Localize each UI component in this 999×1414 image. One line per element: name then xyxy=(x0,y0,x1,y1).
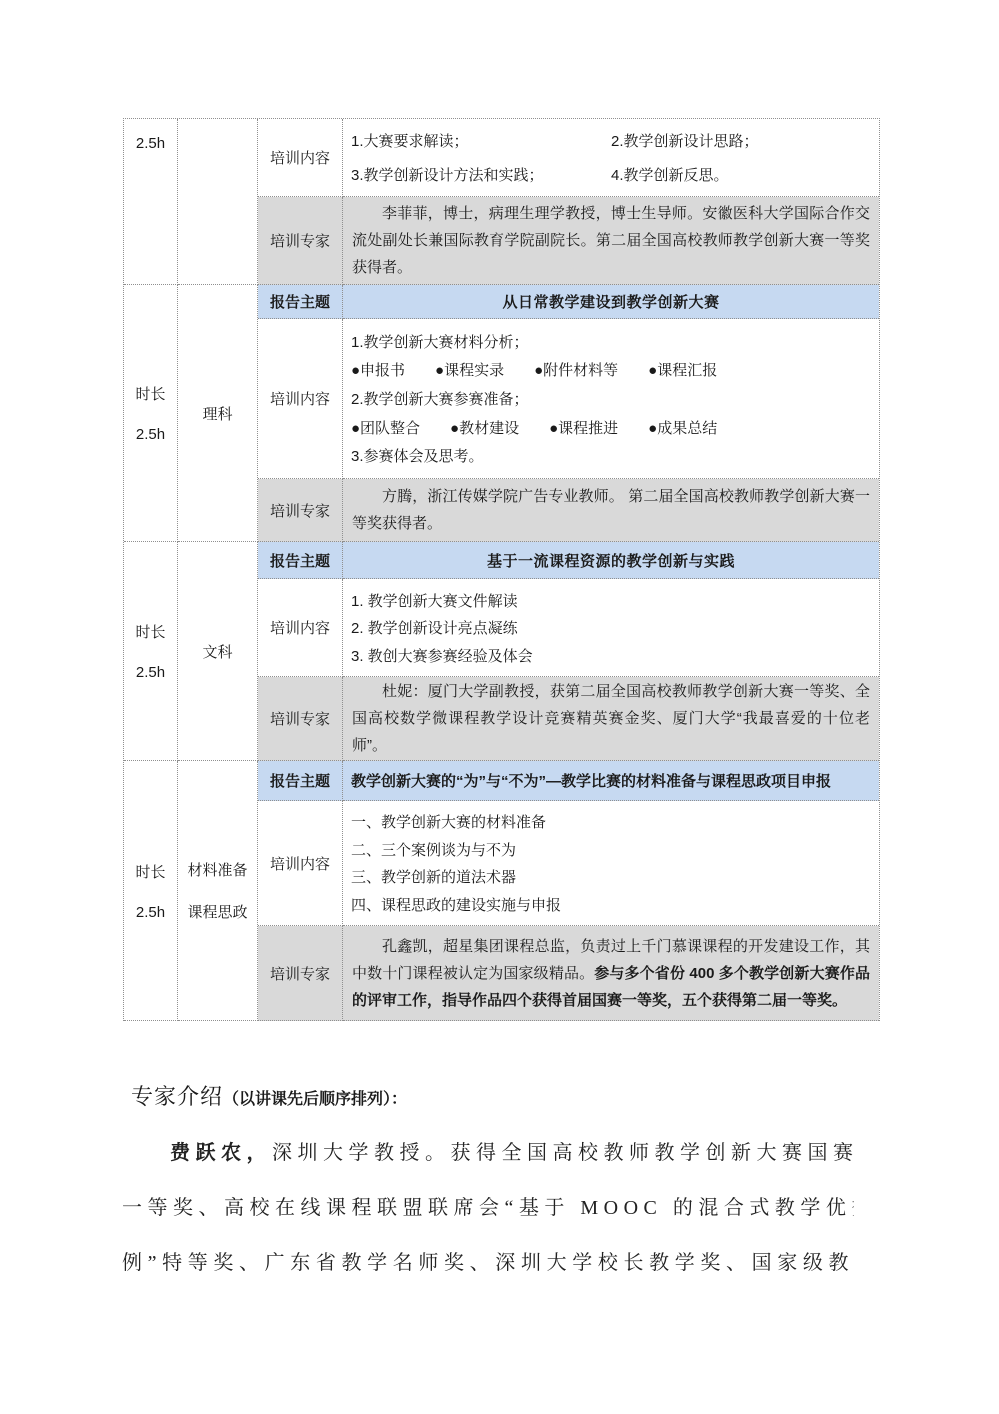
expert-bio: 方腾，浙江传媒学院广告专业教师。 第二届全国高校教师教学创新大赛一等奖获得者。 xyxy=(352,483,870,537)
expert-cell: 杜妮：厦门大学副教授，获第二届全国高校教师教学创新大赛一等奖、全国高校数学微课程… xyxy=(343,677,879,761)
duration-cell: 时长 2.5h xyxy=(124,761,178,1021)
duration-cell: 时长 2.5h xyxy=(124,285,178,542)
row-label-cell: 培训专家 xyxy=(258,197,343,285)
document-page: 2.5h 培训内容 1.大赛要求解读； 2.教学创新设计思路； 3.教学创新设计… xyxy=(0,0,999,1414)
content-line: 1.教学创新大赛材料分析； xyxy=(351,331,871,352)
expert-intro-paragraph: 费跃农，深圳大学教授。获得全国高校教师教学创新大赛国赛 一等奖、高校在线课程联盟… xyxy=(122,1126,854,1291)
topic-title: 基于一流课程资源的教学创新与实践 xyxy=(487,550,735,571)
duration-label: 时长 xyxy=(135,383,165,404)
row-label-cell: 培训专家 xyxy=(258,926,343,1021)
training-schedule-table: 2.5h 培训内容 1.大赛要求解读； 2.教学创新设计思路； 3.教学创新设计… xyxy=(123,118,880,1021)
content-line: 三、教学创新的道法术器 xyxy=(351,866,871,887)
row-label: 培训专家 xyxy=(270,708,330,729)
row-label: 培训内容 xyxy=(270,853,330,874)
category-cell: 材料准备 课程思政 xyxy=(178,761,258,1021)
row-label: 报告主题 xyxy=(270,291,330,312)
content-cell: 1. 教学创新大赛文件解读 2. 教学创新设计亮点凝练 3. 教创大赛参赛经验及… xyxy=(343,579,879,677)
expert-bio: 孔鑫凯，超星集团课程总监，负责过上千门慕课课程的开发建设工作，其中数十门课程被认… xyxy=(352,933,870,1014)
topic-cell: 教学创新大赛的“为”与“不为”—教学比赛的材料准备与课程思政项目申报 ¤ xyxy=(343,761,879,801)
content-cell: 1.教学创新大赛材料分析； ●申报书 ●课程实录 ●附件材料等 ●课程汇报 2.… xyxy=(343,319,879,479)
category-label: 课程思政 xyxy=(187,901,247,922)
content-two-column-list: 1.大赛要求解读； 2.教学创新设计思路； 3.教学创新设计方法和实践； 4.教… xyxy=(351,123,871,192)
heading-main-text: 专家介绍 xyxy=(131,1084,223,1109)
expert-cell: 李菲菲，博士，病理生理学教授，博士生导师。安徽医科大学国际合作交流处副处长兼国际… xyxy=(343,197,879,285)
content-line: 一、教学创新大赛的材料准备 xyxy=(351,811,871,832)
paragraph-text: 深圳大学教授。获得全国高校教师教学创新大赛国赛 xyxy=(272,1142,854,1164)
content-item: 1.大赛要求解读； xyxy=(351,130,611,151)
content-line: 3.参赛体会及思考。 xyxy=(351,445,871,466)
row-label: 培训内容 xyxy=(270,617,330,638)
content-item: 2.教学创新设计思路； xyxy=(611,130,871,151)
experts-intro-heading: 专家介绍（以讲课先后顺序排列）： xyxy=(131,1080,407,1111)
topic-cell: 从日常教学建设到教学创新大赛 ¤ xyxy=(343,285,879,319)
category-label: 材料准备 xyxy=(187,859,247,880)
category-cell: 文科 xyxy=(178,542,258,761)
row-label: 培训内容 xyxy=(270,147,330,168)
category-cell xyxy=(178,119,258,285)
content-line: 2.教学创新大赛参赛准备； xyxy=(351,388,871,409)
content-cell: 1.大赛要求解读； 2.教学创新设计思路； 3.教学创新设计方法和实践； 4.教… xyxy=(343,119,879,197)
expert-cell: 孔鑫凯，超星集团课程总监，负责过上千门慕课课程的开发建设工作，其中数十门课程被认… xyxy=(343,926,879,1021)
row-label: 培训内容 xyxy=(270,388,330,409)
category-cell: 理科 xyxy=(178,285,258,542)
duration-value: 2.5h xyxy=(136,904,165,921)
row-label-cell: 报告主题 xyxy=(258,542,343,579)
duration-label: 时长 xyxy=(135,621,165,642)
content-line: 3. 教创大赛参赛经验及体会 xyxy=(351,645,871,666)
table-block-continuation: 2.5h 培训内容 1.大赛要求解读； 2.教学创新设计思路； 3.教学创新设计… xyxy=(124,119,879,285)
row-label-cell: 报告主题 xyxy=(258,761,343,801)
topic-title: 从日常教学建设到教学创新大赛 xyxy=(502,291,719,312)
content-line: 四、课程思政的建设实施与申报 xyxy=(351,894,871,915)
category-label: 理科 xyxy=(202,403,232,424)
duration-value: 2.5h xyxy=(136,664,165,681)
row-label-cell: 报告主题 xyxy=(258,285,343,319)
table-block-liberal-arts: 时长 2.5h 文科 报告主题 基于一流课程资源的教学创新与实践 ¤ 培训内容 … xyxy=(124,542,879,761)
duration-value: 2.5h xyxy=(136,426,165,443)
table-block-materials-ideology: 时长 2.5h 材料准备 课程思政 报告主题 教学创新大赛的“为”与“不为”—教… xyxy=(124,761,879,1021)
paragraph-line: 一等奖、高校在线课程联盟联席会“基于 MOOC 的混合式教学优秀案 xyxy=(122,1181,854,1236)
heading-paren-text: （以讲课先后顺序排列）： xyxy=(223,1091,407,1108)
row-label: 报告主题 xyxy=(270,550,330,571)
expert-bio: 李菲菲，博士，病理生理学教授，博士生导师。安徽医科大学国际合作交流处副处长兼国际… xyxy=(352,200,870,281)
content-item: 4.教学创新反思。 xyxy=(611,164,871,185)
row-label-cell: 培训内容 xyxy=(258,801,343,926)
row-label-cell: 培训专家 xyxy=(258,479,343,542)
row-label-cell: 培训专家 xyxy=(258,677,343,761)
row-label-cell: 培训内容 xyxy=(258,319,343,479)
content-line: ●团队整合 ●教材建设 ●课程推进 ●成果总结 xyxy=(351,417,871,438)
paragraph-line: 例”特等奖、广东省教学名师奖、深圳大学校长教学奖、国家级教 xyxy=(122,1236,854,1291)
content-line: 二、三个案例谈为与不为 xyxy=(351,839,871,860)
expert-name: 费跃农， xyxy=(170,1142,272,1164)
row-label: 培训专家 xyxy=(270,500,330,521)
duration-label: 时长 xyxy=(135,861,165,882)
row-label-cell: 培训内容 xyxy=(258,119,343,197)
paragraph-line: 费跃农，深圳大学教授。获得全国高校教师教学创新大赛国赛 xyxy=(122,1126,854,1181)
topic-cell: 基于一流课程资源的教学创新与实践 ¤ xyxy=(343,542,879,579)
content-item: 3.教学创新设计方法和实践； xyxy=(351,164,611,185)
row-label: 培训专家 xyxy=(270,230,330,251)
table-block-science: 时长 2.5h 理科 报告主题 从日常教学建设到教学创新大赛 ¤ 培训内容 1.… xyxy=(124,285,879,542)
content-line: 2. 教学创新设计亮点凝练 xyxy=(351,617,871,638)
duration-cell: 2.5h xyxy=(124,119,178,285)
duration-cell: 时长 2.5h xyxy=(124,542,178,761)
expert-cell: 方腾，浙江传媒学院广告专业教师。 第二届全国高校教师教学创新大赛一等奖获得者。 … xyxy=(343,479,879,542)
row-label: 报告主题 xyxy=(270,770,330,791)
category-label: 文科 xyxy=(202,641,232,662)
topic-title: 教学创新大赛的“为”与“不为”—教学比赛的材料准备与课程思政项目申报 xyxy=(351,770,831,791)
duration-value: 2.5h xyxy=(136,135,165,152)
content-line: 1. 教学创新大赛文件解读 xyxy=(351,590,871,611)
content-line: ●申报书 ●课程实录 ●附件材料等 ●课程汇报 xyxy=(351,359,871,380)
row-label: 培训专家 xyxy=(270,963,330,984)
row-label-cell: 培训内容 xyxy=(258,579,343,677)
expert-bio: 杜妮：厦门大学副教授，获第二届全国高校教师教学创新大赛一等奖、全国高校数学微课程… xyxy=(352,678,870,759)
content-cell: 一、教学创新大赛的材料准备 二、三个案例谈为与不为 三、教学创新的道法术器 四、… xyxy=(343,801,879,926)
